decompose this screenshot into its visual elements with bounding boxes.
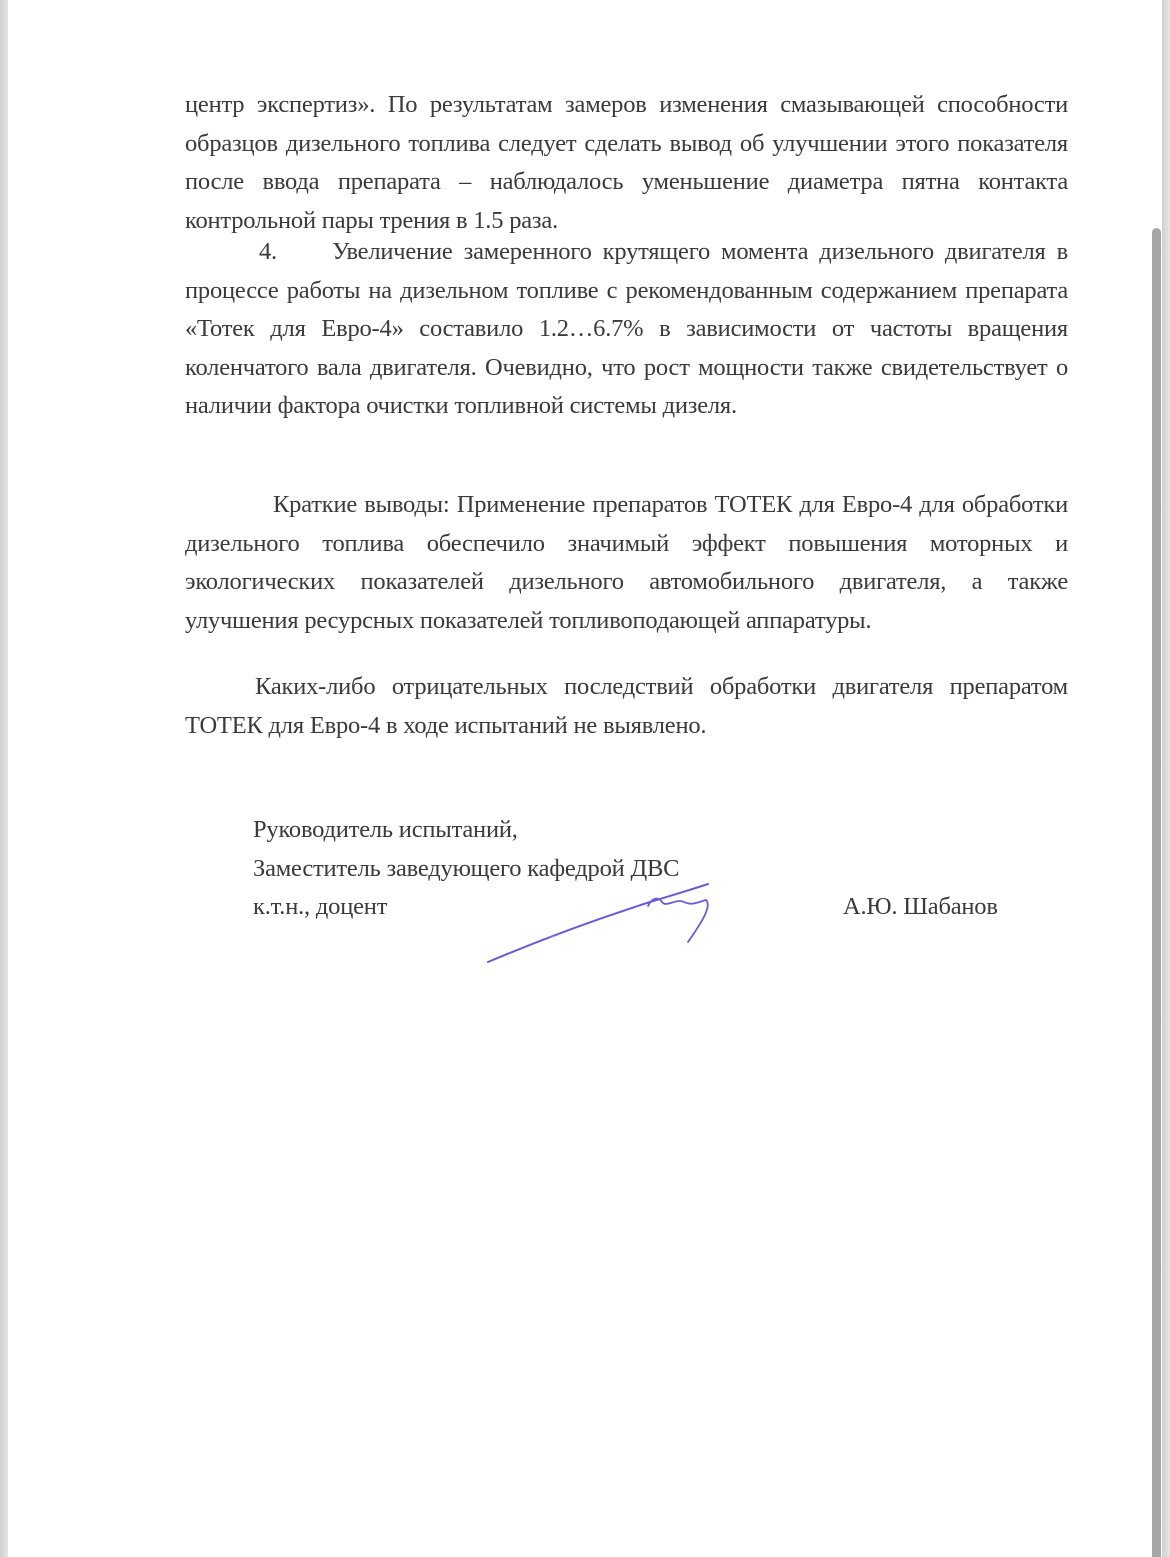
vertical-scrollbar-thumb[interactable]	[1152, 228, 1161, 1557]
signatory-name: А.Ю. Шабанов	[843, 888, 998, 927]
paragraph-brief-conclusions: Краткие выводы: Применение препаратов ТО…	[185, 486, 1068, 640]
paragraph-no-negative-effects: Каких-либо отрицательных последствий обр…	[185, 668, 1068, 745]
handwritten-signature-icon	[480, 880, 730, 970]
paragraph-text: Краткие выводы: Применение препаратов ТО…	[185, 486, 1068, 640]
paragraph-text: Каких-либо отрицательных последствий обр…	[185, 668, 1068, 745]
page-right-edge	[1162, 0, 1170, 1557]
paragraph-text: центр экспертиз». По результатам замеров…	[185, 86, 1068, 240]
signatory-degree: к.т.н., доцент	[253, 888, 387, 927]
paragraph-continuation: центр экспертиз». По результатам замеров…	[185, 86, 1068, 240]
page-left-edge	[0, 0, 8, 1557]
paragraph-item-4: 4. Увеличение замеренного крутящего моме…	[185, 233, 1068, 426]
paragraph-text: 4. Увеличение замеренного крутящего моме…	[185, 233, 1068, 426]
signatory-role: Руководитель испытаний,	[253, 811, 518, 850]
